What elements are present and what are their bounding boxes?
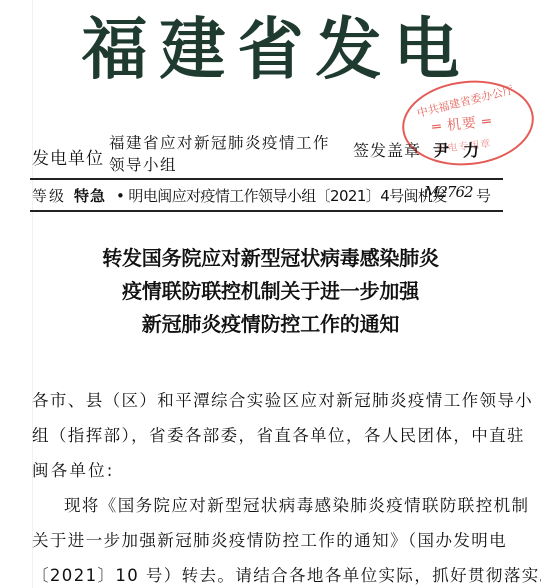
doc-number-suffix: 号 [476,185,491,206]
sender-value-line2: 领导小组 [109,154,330,176]
sender-value-line1: 福建省应对新冠肺炎疫情工作 [109,132,330,154]
document-body: 各市、县（区）和平潭综合实验区应对新冠肺炎疫情工作领导小 组（指挥部），省委各部… [32,383,502,588]
signer-name: 尹力 [433,138,493,161]
header-rule-bottom [30,210,503,212]
title-line-1: 转发国务院应对新型冠状病毒感染肺炎 [0,242,541,275]
document-title: 转发国务院应对新型冠状病毒感染肺炎 疫情联防联控机制关于进一步加强 新冠肺炎疫情… [0,242,541,341]
body-line-3: 闽各单位: [32,453,502,488]
sender-value: 福建省应对新冠肺炎疫情工作 领导小组 [109,132,330,176]
handwritten-doc-number: M2762 [424,183,473,201]
body-line-5: 关于进一步加强新冠肺炎疫情防控工作的通知》（国办发明电 [32,523,502,558]
body-line-6: 〔2021〕10 号）转去。请结合各地各单位实际，抓好贯彻落实。 [32,558,502,588]
title-line-3: 新冠肺炎疫情防控工作的通知 [0,308,541,341]
grade-row: 等级 特急 • 明电闽应对疫情工作领导小组〔2021〕4号闽机发 M2762 号 [30,183,505,209]
body-line-2: 组（指挥部），省委各部委，省直各单位，各人民团体，中直驻 [32,418,502,453]
header-rule-top [30,178,503,180]
sign-label: 签发盖章 [353,138,421,161]
body-line-4: 现将《国务院应对新型冠状病毒感染肺炎疫情联防联控机制 [32,488,502,523]
body-line-1: 各市、县（区）和平潭综合实验区应对新冠肺炎疫情工作领导小 [32,383,502,418]
grade-label: 等级 [32,185,66,206]
grade-value: 特急 [74,185,106,206]
document-code: • 明电闽应对疫情工作领导小组〔2021〕4号闽机发 [116,185,447,206]
sender-label: 发电单位 [32,144,104,169]
sender-row: 发电单位 福建省应对新冠肺炎疫情工作 领导小组 签发盖章 尹力 [30,126,505,176]
title-line-2: 疫情联防联控机制关于进一步加强 [0,275,541,308]
